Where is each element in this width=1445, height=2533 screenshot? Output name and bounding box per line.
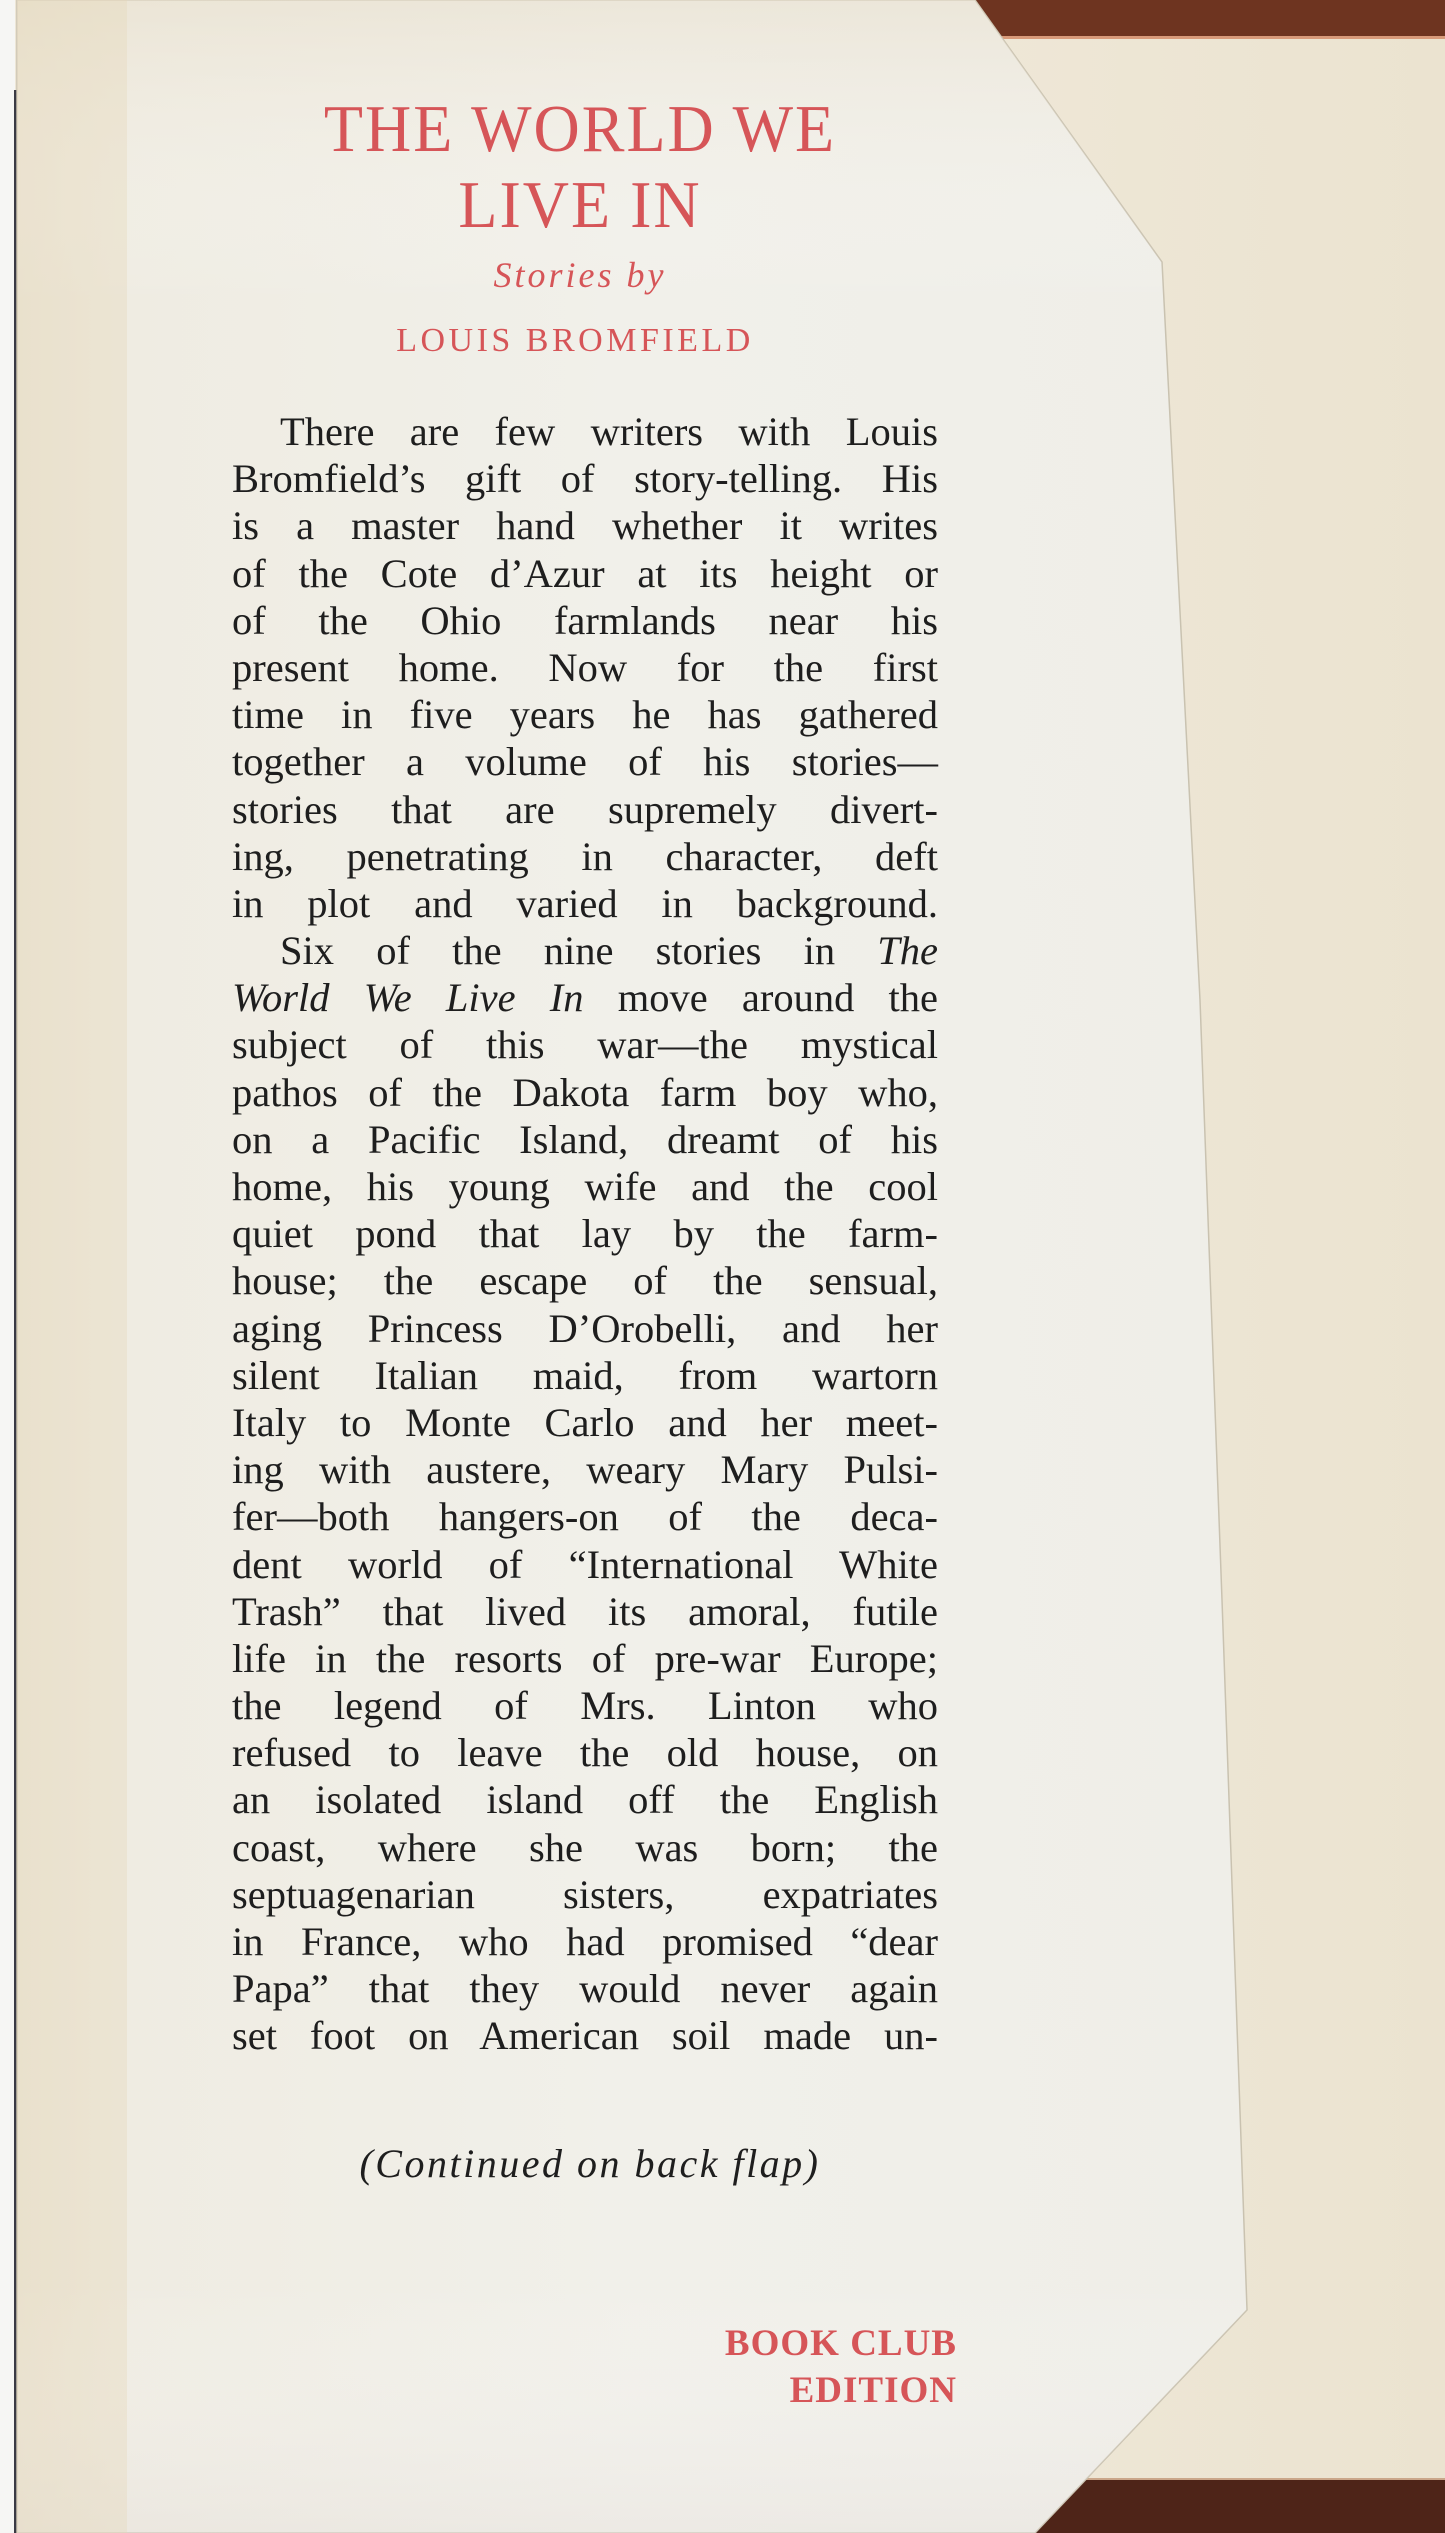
body-line: septuagenarian sisters, expatriates	[232, 1871, 938, 1918]
body-line: Italy to Monte Carlo and her meet-	[232, 1399, 938, 1446]
body-line: Papa” that they would never again	[232, 1965, 938, 2012]
body-line: coast, where she was born; the	[232, 1824, 938, 1871]
body-line-roman: move around the	[584, 975, 938, 1020]
body-line: on a Pacific Island, dreamt of his	[232, 1116, 938, 1163]
body-line: together a volume of his stories—	[232, 738, 938, 785]
body-line: of the Ohio farmlands near his	[232, 597, 938, 644]
body-line: life in the resorts of pre-war Europe;	[232, 1635, 938, 1682]
body-line: in France, who had promised “dear	[232, 1918, 938, 1965]
body-line: house; the escape of the sensual,	[232, 1257, 938, 1304]
subtitle: Stories by	[340, 254, 820, 296]
body-line: subject of this war—the mystical	[232, 1021, 938, 1068]
author-name: LOUIS BROMFIELD	[330, 322, 820, 360]
body-line: World We Live In move around the	[232, 974, 938, 1021]
body-line: set foot on American soil made un-	[232, 2012, 938, 2059]
body-line: is a master hand whether it writes	[232, 502, 938, 549]
body-line: dent world of “International White	[232, 1541, 938, 1588]
body-line: quiet pond that lay by the farm-	[232, 1210, 938, 1257]
body-line: silent Italian maid, from wartorn	[232, 1352, 938, 1399]
blurb-body: There are few writers with Louis Bromfie…	[232, 408, 938, 2060]
body-line: pathos of the Dakota farm boy who,	[232, 1069, 938, 1116]
body-line: Bromfield’s gift of story-telling. His	[232, 455, 938, 502]
body-line: of the Cote d’Azur at its height or	[232, 550, 938, 597]
book-title-italic: The	[877, 928, 938, 973]
body-line: Trash” that lived its amoral, futile	[232, 1588, 938, 1635]
body-line: ing with austere, weary Mary Pulsi-	[232, 1446, 938, 1493]
body-line: time in five years he has gathered	[232, 691, 938, 738]
body-line: stories that are supremely divert-	[232, 786, 938, 833]
body-line: present home. Now for the first	[232, 644, 938, 691]
flap-text: THE WORLD WE LIVE IN Stories by LOUIS BR…	[0, 0, 1445, 2533]
body-line: ing, penetrating in character, deft	[232, 833, 938, 880]
continued-note: (Continued on back flap)	[300, 2140, 880, 2187]
book-title-italic: World We Live In	[232, 975, 584, 1020]
book-title-line-1: THE WORLD WE	[300, 95, 860, 162]
body-line: Six of the nine stories in The	[232, 927, 938, 974]
body-line-roman: Six of the nine stories in	[280, 928, 877, 973]
body-line: in plot and varied in background.	[232, 880, 938, 927]
body-line: There are few writers with Louis	[232, 408, 938, 455]
body-line: home, his young wife and the cool	[232, 1163, 938, 1210]
body-line: fer—both hangers-on of the deca-	[232, 1493, 938, 1540]
book-club-edition-label: BOOK CLUB EDITION	[640, 2320, 957, 2414]
edition-line-2: EDITION	[640, 2367, 957, 2414]
body-line: aging Princess D’Orobelli, and her	[232, 1305, 938, 1352]
body-line: an isolated island off the English	[232, 1776, 938, 1823]
book-title-line-2: LIVE IN	[300, 171, 860, 238]
edition-line-1: BOOK CLUB	[640, 2320, 957, 2367]
body-line: the legend of Mrs. Linton who	[232, 1682, 938, 1729]
body-line: refused to leave the old house, on	[232, 1729, 938, 1776]
